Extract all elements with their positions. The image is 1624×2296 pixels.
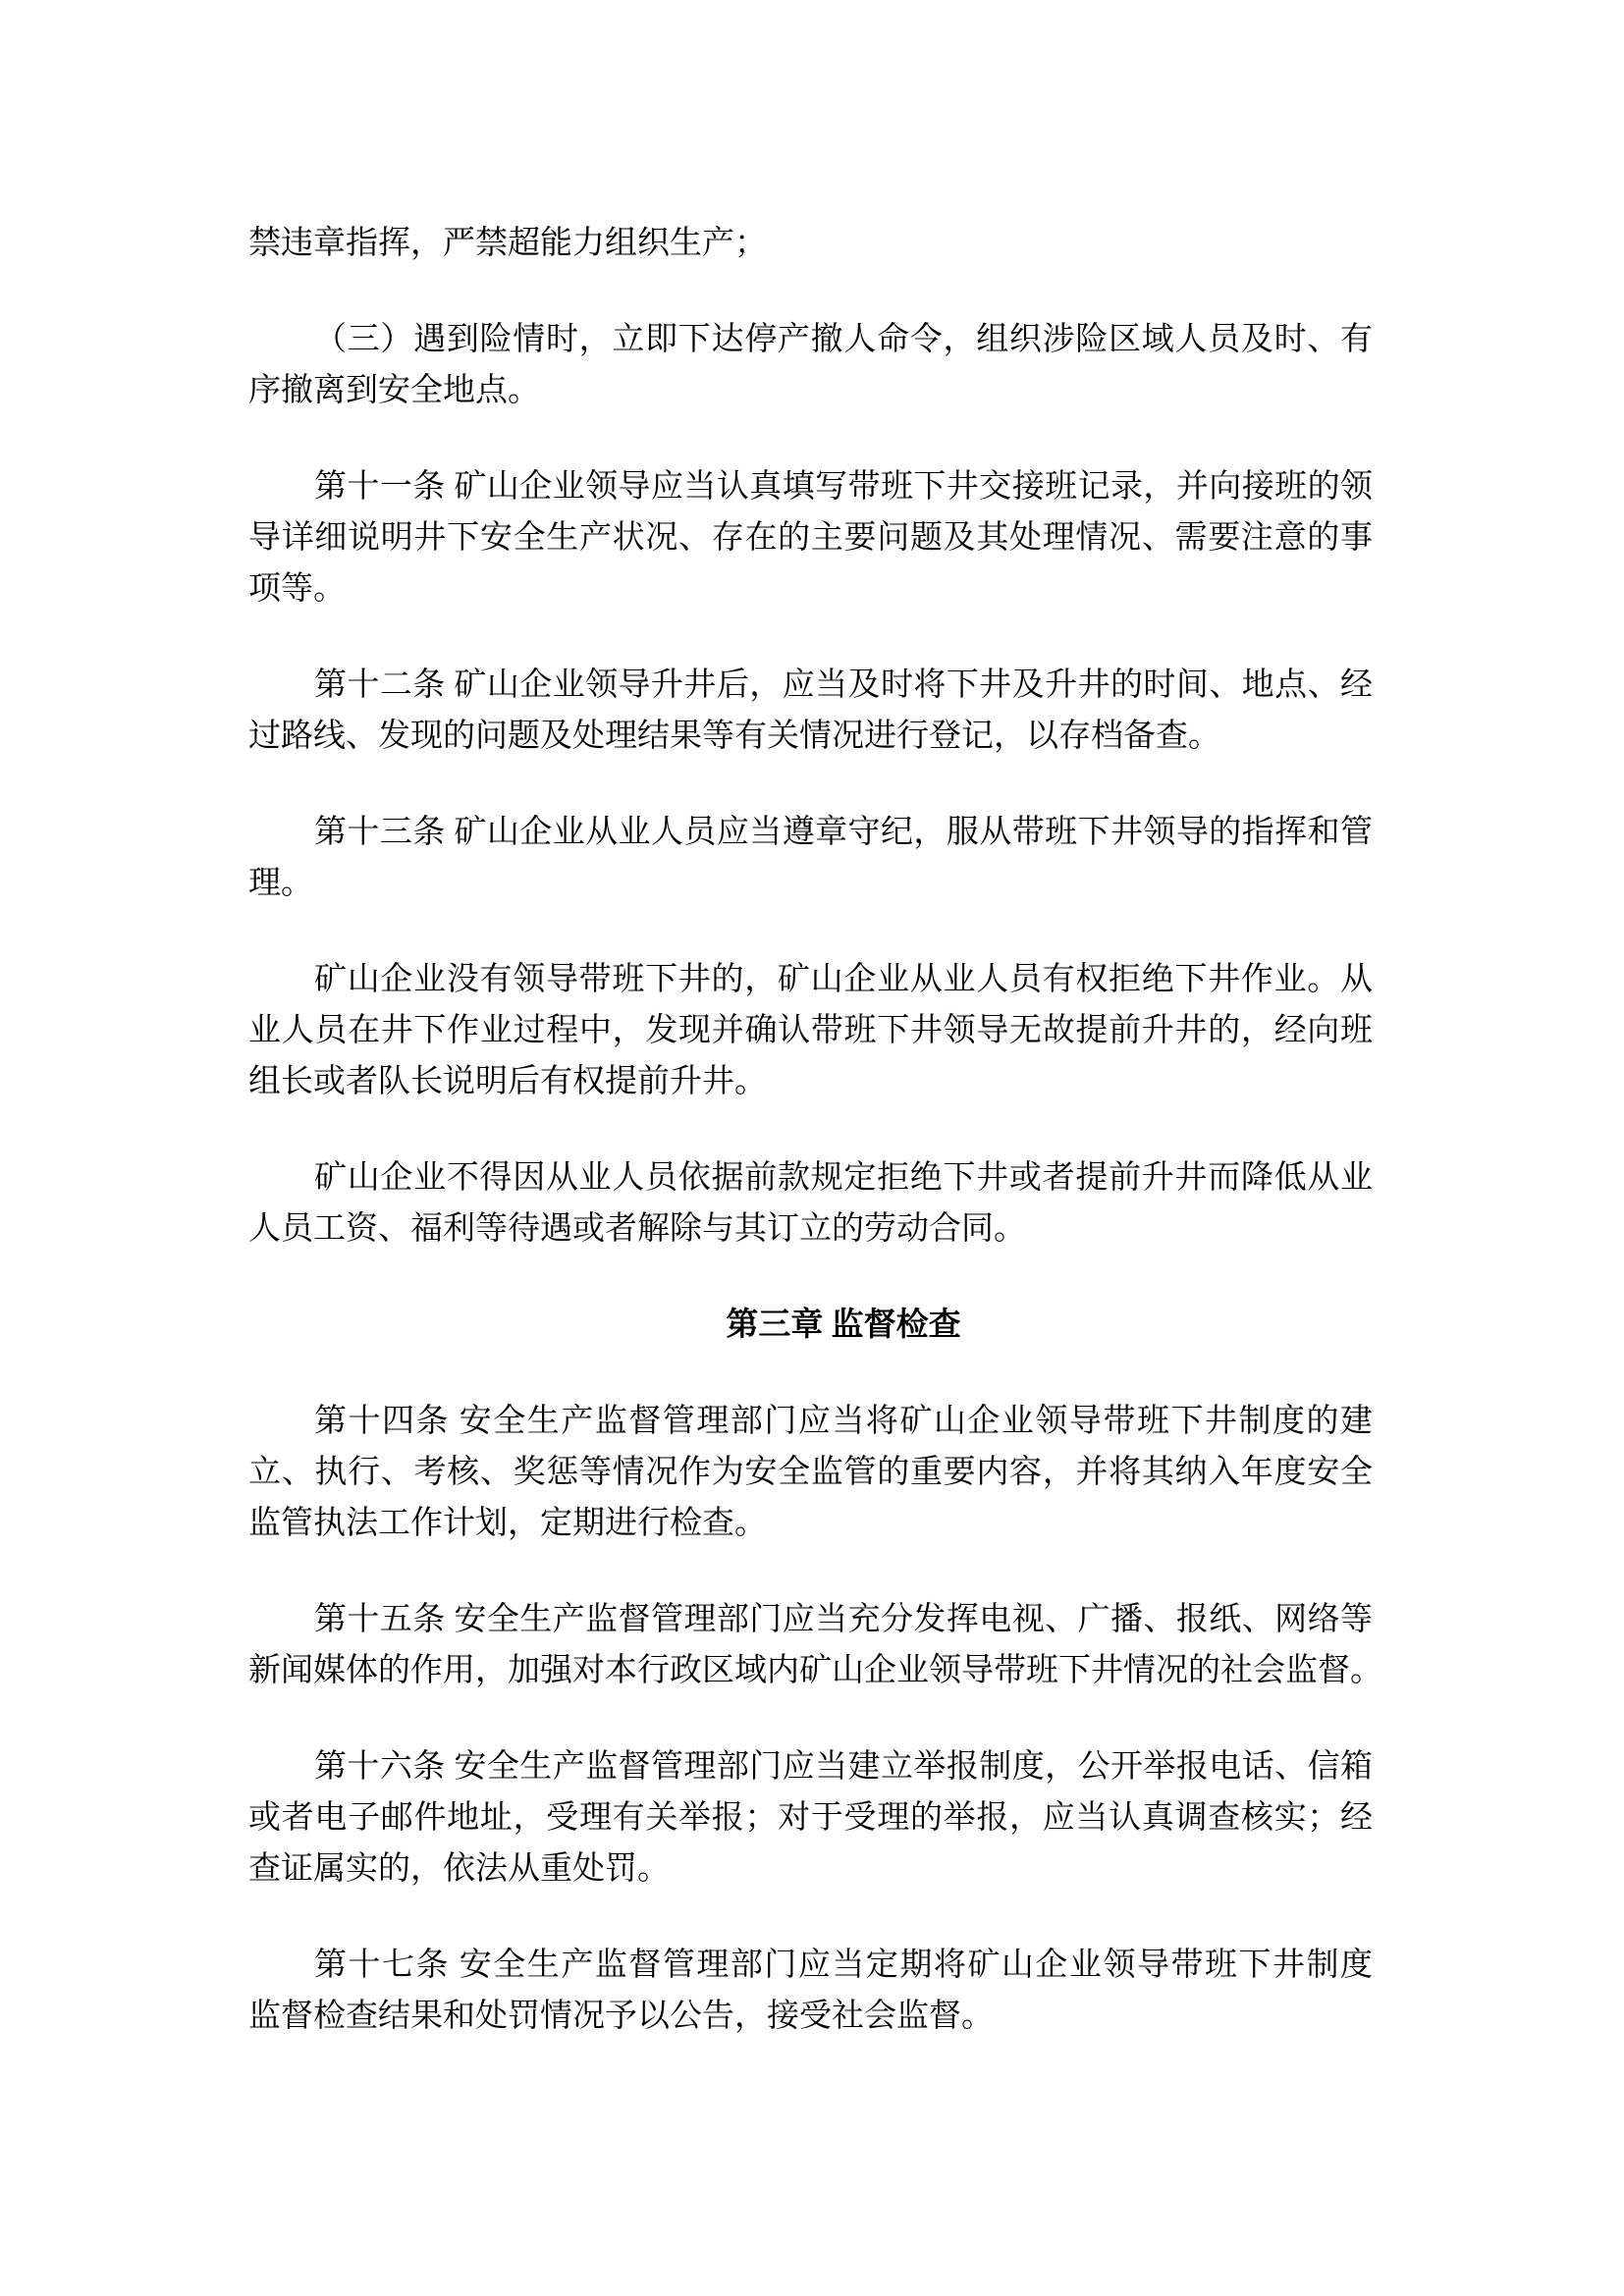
paragraph: 第十四条 安全生产监督管理部门应当将矿山企业领导带班下井制度的建立、执行、考核、… bbox=[248, 1396, 1373, 1549]
text-line: 第十三条 矿山企业从业人员应当遵章守纪，服从带班下井领导的指挥和管 bbox=[248, 807, 1373, 858]
paragraph: 第十二条 矿山企业领导升井后，应当及时将下井及升井的时间、地点、经过路线、发现的… bbox=[248, 660, 1373, 762]
text-line: 第十六条 安全生产监督管理部门应当建立举报制度，公开举报电话、信箱 bbox=[248, 1741, 1373, 1792]
text-line: 新闻媒体的作用，加强对本行政区域内矿山企业领导带班下井情况的社会监督。 bbox=[248, 1645, 1373, 1696]
paragraph: 矿山企业没有领导带班下井的，矿山企业从业人员有权拒绝下井作业。从业人员在井下作业… bbox=[248, 954, 1373, 1107]
paragraph: （三）遇到险情时，立即下达停产撤人命令，组织涉险区域人员及时、有序撤离到安全地点… bbox=[248, 314, 1373, 416]
paragraph: 矿山企业不得因从业人员依据前款规定拒绝下井或者提前升井而降低从业人员工资、福利等… bbox=[248, 1152, 1373, 1255]
text-line: 矿山企业不得因从业人员依据前款规定拒绝下井或者提前升井而降低从业 bbox=[248, 1152, 1373, 1203]
chapter-heading-text: 第三章 监督检查 bbox=[248, 1300, 1373, 1351]
text-line: 第十四条 安全生产监督管理部门应当将矿山企业领导带班下井制度的建 bbox=[248, 1396, 1373, 1447]
text-line: 理。 bbox=[248, 858, 1373, 909]
chapter-heading: 第三章 监督检查 bbox=[248, 1300, 1373, 1351]
text-line: 立、执行、考核、奖惩等情况作为安全监管的重要内容，并将其纳入年度安全 bbox=[248, 1447, 1373, 1498]
text-line: 人员工资、福利等待遇或者解除与其订立的劳动合同。 bbox=[248, 1203, 1373, 1255]
text-line: 监管执法工作计划，定期进行检查。 bbox=[248, 1498, 1373, 1549]
text-line: 监督检查结果和处罚情况予以公告，接受社会监督。 bbox=[248, 1991, 1373, 2042]
paragraph: 第十六条 安全生产监督管理部门应当建立举报制度，公开举报电话、信箱或者电子邮件地… bbox=[248, 1741, 1373, 1895]
paragraph: 第十七条 安全生产监督管理部门应当定期将矿山企业领导带班下井制度监督检查结果和处… bbox=[248, 1940, 1373, 2042]
paragraph: 第十三条 矿山企业从业人员应当遵章守纪，服从带班下井领导的指挥和管理。 bbox=[248, 807, 1373, 909]
document-page: 禁违章指挥，严禁超能力组织生产；（三）遇到险情时，立即下达停产撤人命令，组织涉险… bbox=[0, 0, 1624, 2296]
text-line: 禁违章指挥，严禁超能力组织生产； bbox=[248, 218, 1373, 269]
text-line: 过路线、发现的问题及处理结果等有关情况进行登记，以存档备查。 bbox=[248, 711, 1373, 762]
text-line: 序撤离到安全地点。 bbox=[248, 365, 1373, 416]
text-line: 组长或者队长说明后有权提前升井。 bbox=[248, 1056, 1373, 1107]
text-line: 第十二条 矿山企业领导升井后，应当及时将下井及升井的时间、地点、经 bbox=[248, 660, 1373, 711]
text-line: 第十七条 安全生产监督管理部门应当定期将矿山企业领导带班下井制度 bbox=[248, 1940, 1373, 1991]
document-text-block: 禁违章指挥，严禁超能力组织生产；（三）遇到险情时，立即下达停产撤人命令，组织涉险… bbox=[248, 218, 1373, 2087]
text-line: （三）遇到险情时，立即下达停产撤人命令，组织涉险区域人员及时、有 bbox=[248, 314, 1373, 365]
paragraph: 第十一条 矿山企业领导应当认真填写带班下井交接班记录，并向接班的领导详细说明井下… bbox=[248, 461, 1373, 614]
text-line: 或者电子邮件地址，受理有关举报；对于受理的举报，应当认真调查核实；经 bbox=[248, 1792, 1373, 1843]
text-line: 业人员在井下作业过程中，发现并确认带班下井领导无故提前升井的，经向班 bbox=[248, 1005, 1373, 1056]
text-line: 项等。 bbox=[248, 563, 1373, 614]
paragraph: 禁违章指挥，严禁超能力组织生产； bbox=[248, 218, 1373, 269]
paragraph: 第十五条 安全生产监督管理部门应当充分发挥电视、广播、报纸、网络等新闻媒体的作用… bbox=[248, 1594, 1373, 1696]
text-line: 第十一条 矿山企业领导应当认真填写带班下井交接班记录，并向接班的领 bbox=[248, 461, 1373, 512]
text-line: 查证属实的，依法从重处罚。 bbox=[248, 1843, 1373, 1895]
text-line: 导详细说明井下安全生产状况、存在的主要问题及其处理情况、需要注意的事 bbox=[248, 512, 1373, 563]
text-line: 矿山企业没有领导带班下井的，矿山企业从业人员有权拒绝下井作业。从 bbox=[248, 954, 1373, 1005]
text-line: 第十五条 安全生产监督管理部门应当充分发挥电视、广播、报纸、网络等 bbox=[248, 1594, 1373, 1645]
